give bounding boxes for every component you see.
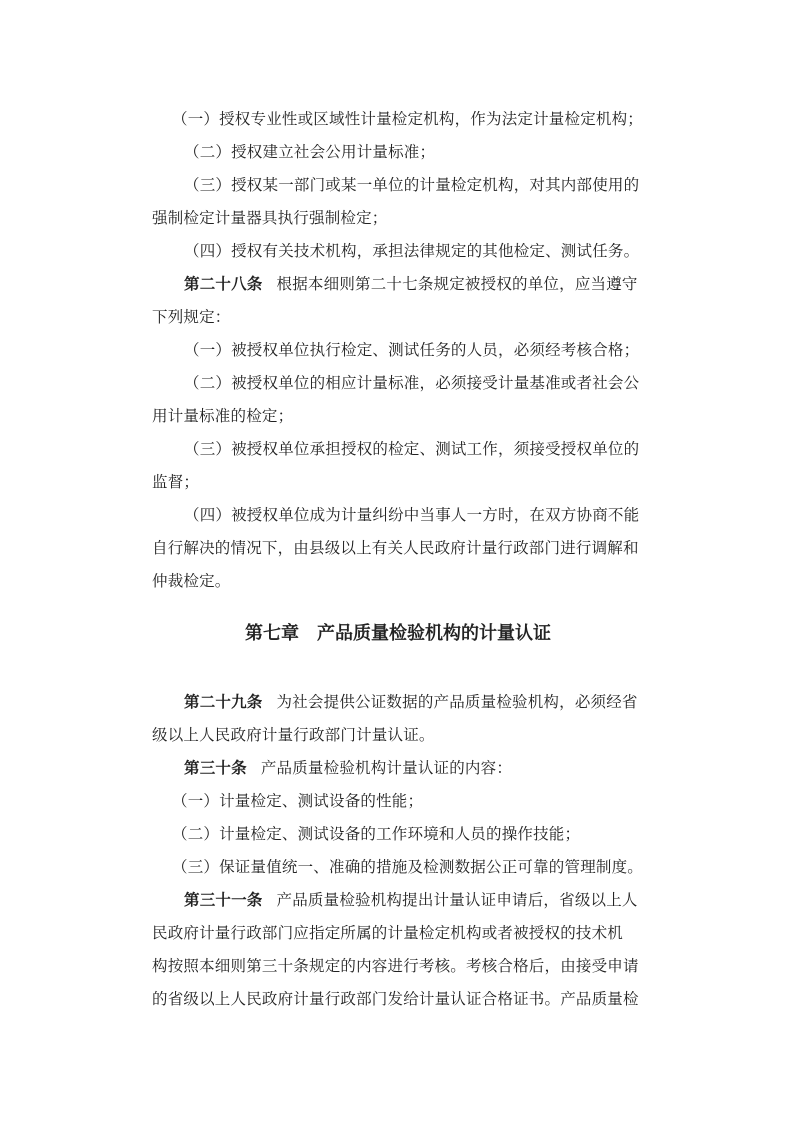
clause-text: 监督； xyxy=(152,472,644,492)
article-31: 第三十一条产品质量检验机构提出计量认证申请后，省级以上人 xyxy=(152,890,676,910)
article-text: 为社会提供公证数据的产品质量检验机构，必须经省 xyxy=(277,693,638,711)
article-text: 构按照本细则第三十条规定的内容进行考核。考核合格后，由接受申请 xyxy=(152,956,644,976)
article-label: 第三十一条 xyxy=(184,891,263,909)
article-text: 产品质量检验机构提出计量认证申请后，省级以上人 xyxy=(277,891,638,909)
clause-text: （二）被授权单位的相应计量标准，必须接受计量基准或者社会公 xyxy=(152,373,676,393)
clause-text: 仲裁检定。 xyxy=(152,571,644,591)
clause-text: （二）授权建立社会公用计量标准； xyxy=(152,142,676,162)
article-label: 第二十八条 xyxy=(184,275,263,293)
article-text: 产品质量检验机构计量认证的内容： xyxy=(261,759,512,777)
clause-text: （三）授权某一部门或某一单位的计量检定机构，对其内部使用的 xyxy=(152,175,676,195)
clause-text: （三）被授权单位承担授权的检定、测试工作，须接受授权单位的 xyxy=(152,439,676,459)
clause-text: （二）计量检定、测试设备的工作环境和人员的操作技能； xyxy=(152,824,664,844)
clause-text: 用计量标准的检定； xyxy=(152,406,644,426)
article-30: 第三十条产品质量检验机构计量认证的内容： xyxy=(152,758,676,778)
clause-text: （一）计量检定、测试设备的性能； xyxy=(152,791,664,811)
article-text: 根据本细则第二十七条规定被授权的单位，应当遵守 xyxy=(277,275,638,293)
clause-text: （三）保证量值统一、准确的措施及检测数据公正可靠的管理制度。 xyxy=(152,857,664,877)
chapter-heading: 第七章 产品质量检验机构的计量认证 xyxy=(152,622,644,646)
clause-text: （一）被授权单位执行检定、测试任务的人员，必须经考核合格； xyxy=(152,340,676,360)
clause-text: 自行解决的情况下，由县级以上有关人民政府计量行政部门进行调解和 xyxy=(152,538,644,558)
article-28: 第二十八条根据本细则第二十七条规定被授权的单位，应当遵守 xyxy=(152,274,676,294)
article-text: 的省级以上人民政府计量行政部门发给计量认证合格证书。产品质量检 xyxy=(152,989,644,1009)
clause-text: （四）授权有关技术机构，承担法律规定的其他检定、测试任务。 xyxy=(152,241,676,261)
clause-text: （一）授权专业性或区域性计量检定机构，作为法定计量检定机构； xyxy=(152,109,664,129)
article-text: 级以上人民政府计量行政部门计量认证。 xyxy=(152,725,644,745)
article-29: 第二十九条为社会提供公证数据的产品质量检验机构，必须经省 xyxy=(152,692,676,712)
article-text: 民政府计量行政部门应指定所属的计量检定机构或者被授权的技术机 xyxy=(152,923,644,943)
clause-text: 强制检定计量器具执行强制检定； xyxy=(152,208,644,228)
article-text: 下列规定： xyxy=(152,307,644,327)
article-label: 第二十九条 xyxy=(184,693,263,711)
article-label: 第三十条 xyxy=(184,759,247,777)
clause-text: （四）被授权单位成为计量纠纷中当事人一方时，在双方协商不能 xyxy=(152,505,676,525)
